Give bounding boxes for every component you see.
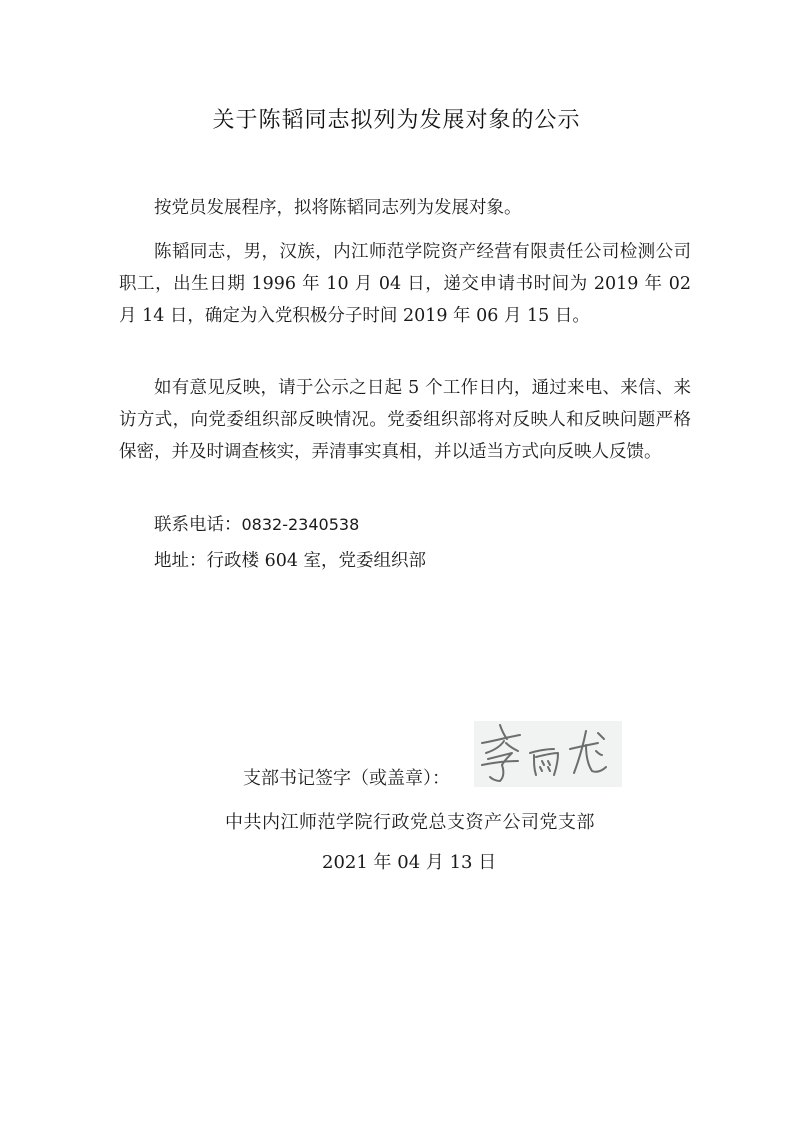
- issuing-organization: 中共内江师范学院行政党总支资产公司党支部: [225, 808, 595, 834]
- address-value: 行政楼 604 室，党委组织部: [207, 551, 427, 571]
- contact-phone-text: 联系电话：0832-2340538: [119, 509, 691, 541]
- contact-address-text: 地址：行政楼 604 室，党委组织部: [119, 545, 691, 577]
- paragraph-text: 按党员发展程序，拟将陈韬同志列为发展对象。: [119, 192, 691, 224]
- handwritten-signature-image: [474, 721, 622, 787]
- address-label: 地址：: [154, 551, 207, 571]
- contact-phone-line: 联系电话：0832-2340538: [119, 509, 691, 541]
- paragraph-intro: 按党员发展程序，拟将陈韬同志列为发展对象。: [119, 192, 691, 224]
- phone-label: 联系电话：: [154, 515, 242, 535]
- document-title: 关于陈韬同志拟列为发展对象的公示: [0, 103, 793, 134]
- paragraph-text: 如有意见反映，请于公示之日起 5 个工作日内，通过来电、来信、来访方式，向党委组…: [119, 372, 691, 468]
- phone-number: 0832-2340538: [242, 515, 360, 534]
- signature-icon: [474, 721, 622, 787]
- paragraph-feedback-instructions: 如有意见反映，请于公示之日起 5 个工作日内，通过来电、来信、来访方式，向党委组…: [119, 372, 691, 468]
- contact-address-line: 地址：行政楼 604 室，党委组织部: [119, 545, 691, 577]
- paragraph-candidate-info: 陈韬同志，男，汉族，内江师范学院资产经营有限责任公司检测公司职工，出生日期 19…: [119, 236, 691, 332]
- paragraph-text: 陈韬同志，男，汉族，内江师范学院资产经营有限责任公司检测公司职工，出生日期 19…: [119, 236, 691, 332]
- issue-date: 2021 年 04 月 13 日: [322, 848, 496, 874]
- signature-label: 支部书记签字（或盖章）：: [243, 764, 450, 790]
